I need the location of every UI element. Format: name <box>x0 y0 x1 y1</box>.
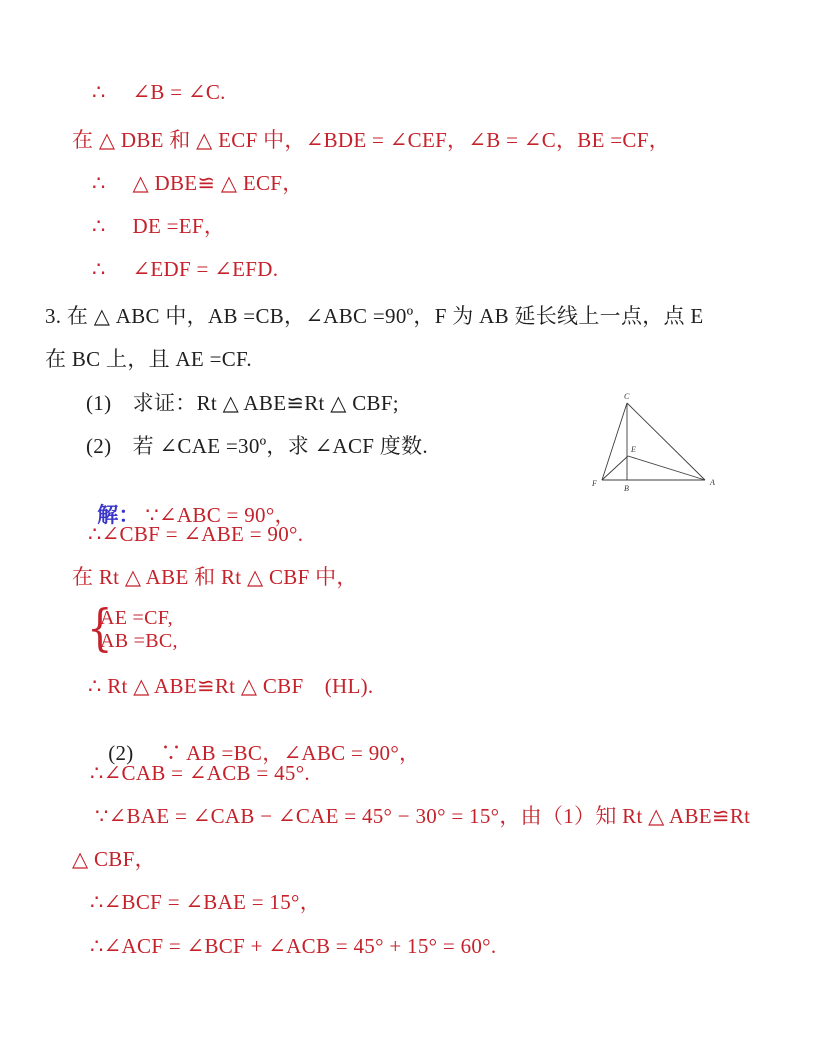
solution-part2-line-3: ∵∠BAE = ∠CAB − ∠CAE = 45° − 30° = 15°，由（… <box>95 804 750 828</box>
figure-label-A: A <box>709 478 715 487</box>
figure-label-F: F <box>591 479 597 488</box>
triangle-diagram: C E F B A <box>588 388 722 494</box>
solution-line-4: ∴ Rt △ ABE≌Rt △ CBF (HL). <box>88 674 373 698</box>
solution-line-3: 在 Rt △ ABE 和 Rt △ CBF 中， <box>72 565 358 589</box>
proof1-line-4: ∴ DE =EF， <box>92 214 225 238</box>
solution-part2-line-2: ∴∠CAB = ∠ACB = 45°. <box>90 761 310 785</box>
proof1-line-1: ∴ ∠B = ∠C. <box>92 80 226 104</box>
problem3-part2: (2) 若 ∠CAE =30º，求 ∠ACF 度数. <box>86 434 428 458</box>
system-equation-2: AB =BC, <box>100 630 178 653</box>
solution-part2-line-5: ∴∠ACF = ∠BCF + ∠ACB = 45° + 15° = 60°. <box>90 934 496 958</box>
proof1-line-3: ∴ △ DBE≌ △ ECF， <box>92 171 304 195</box>
problem3-statement-line-2: 在 BC 上，且 AE =CF. <box>45 347 252 371</box>
document-page: ∴ ∠B = ∠C. 在 △ DBE 和 △ ECF 中，∠BDE = ∠CEF… <box>0 0 816 1056</box>
segment-CA <box>627 403 705 480</box>
geometry-figure: C E F B A <box>588 388 722 494</box>
figure-label-E: E <box>630 445 636 454</box>
proof1-line-2: 在 △ DBE 和 △ ECF 中，∠BDE = ∠CEF，∠B = ∠C，BE… <box>72 128 670 152</box>
solution-line-2: ∴∠CBF = ∠ABE = 90°. <box>88 522 303 546</box>
solution-part2-line-3-cont: △ CBF， <box>72 847 156 871</box>
figure-label-C: C <box>624 392 630 401</box>
solution-part2-line-4: ∴∠BCF = ∠BAE = 15°， <box>90 890 321 914</box>
problem3-part1: (1) 求证：Rt △ ABE≌Rt △ CBF; <box>86 391 399 415</box>
figure-label-B: B <box>624 484 629 493</box>
system-equation-1: AE =CF, <box>100 607 173 630</box>
problem3-statement-line-1: 3. 在 △ ABC 中，AB =CB，∠ABC =90º，F 为 AB 延长线… <box>45 304 704 328</box>
proof1-line-5: ∴ ∠EDF = ∠EFD. <box>92 257 278 281</box>
